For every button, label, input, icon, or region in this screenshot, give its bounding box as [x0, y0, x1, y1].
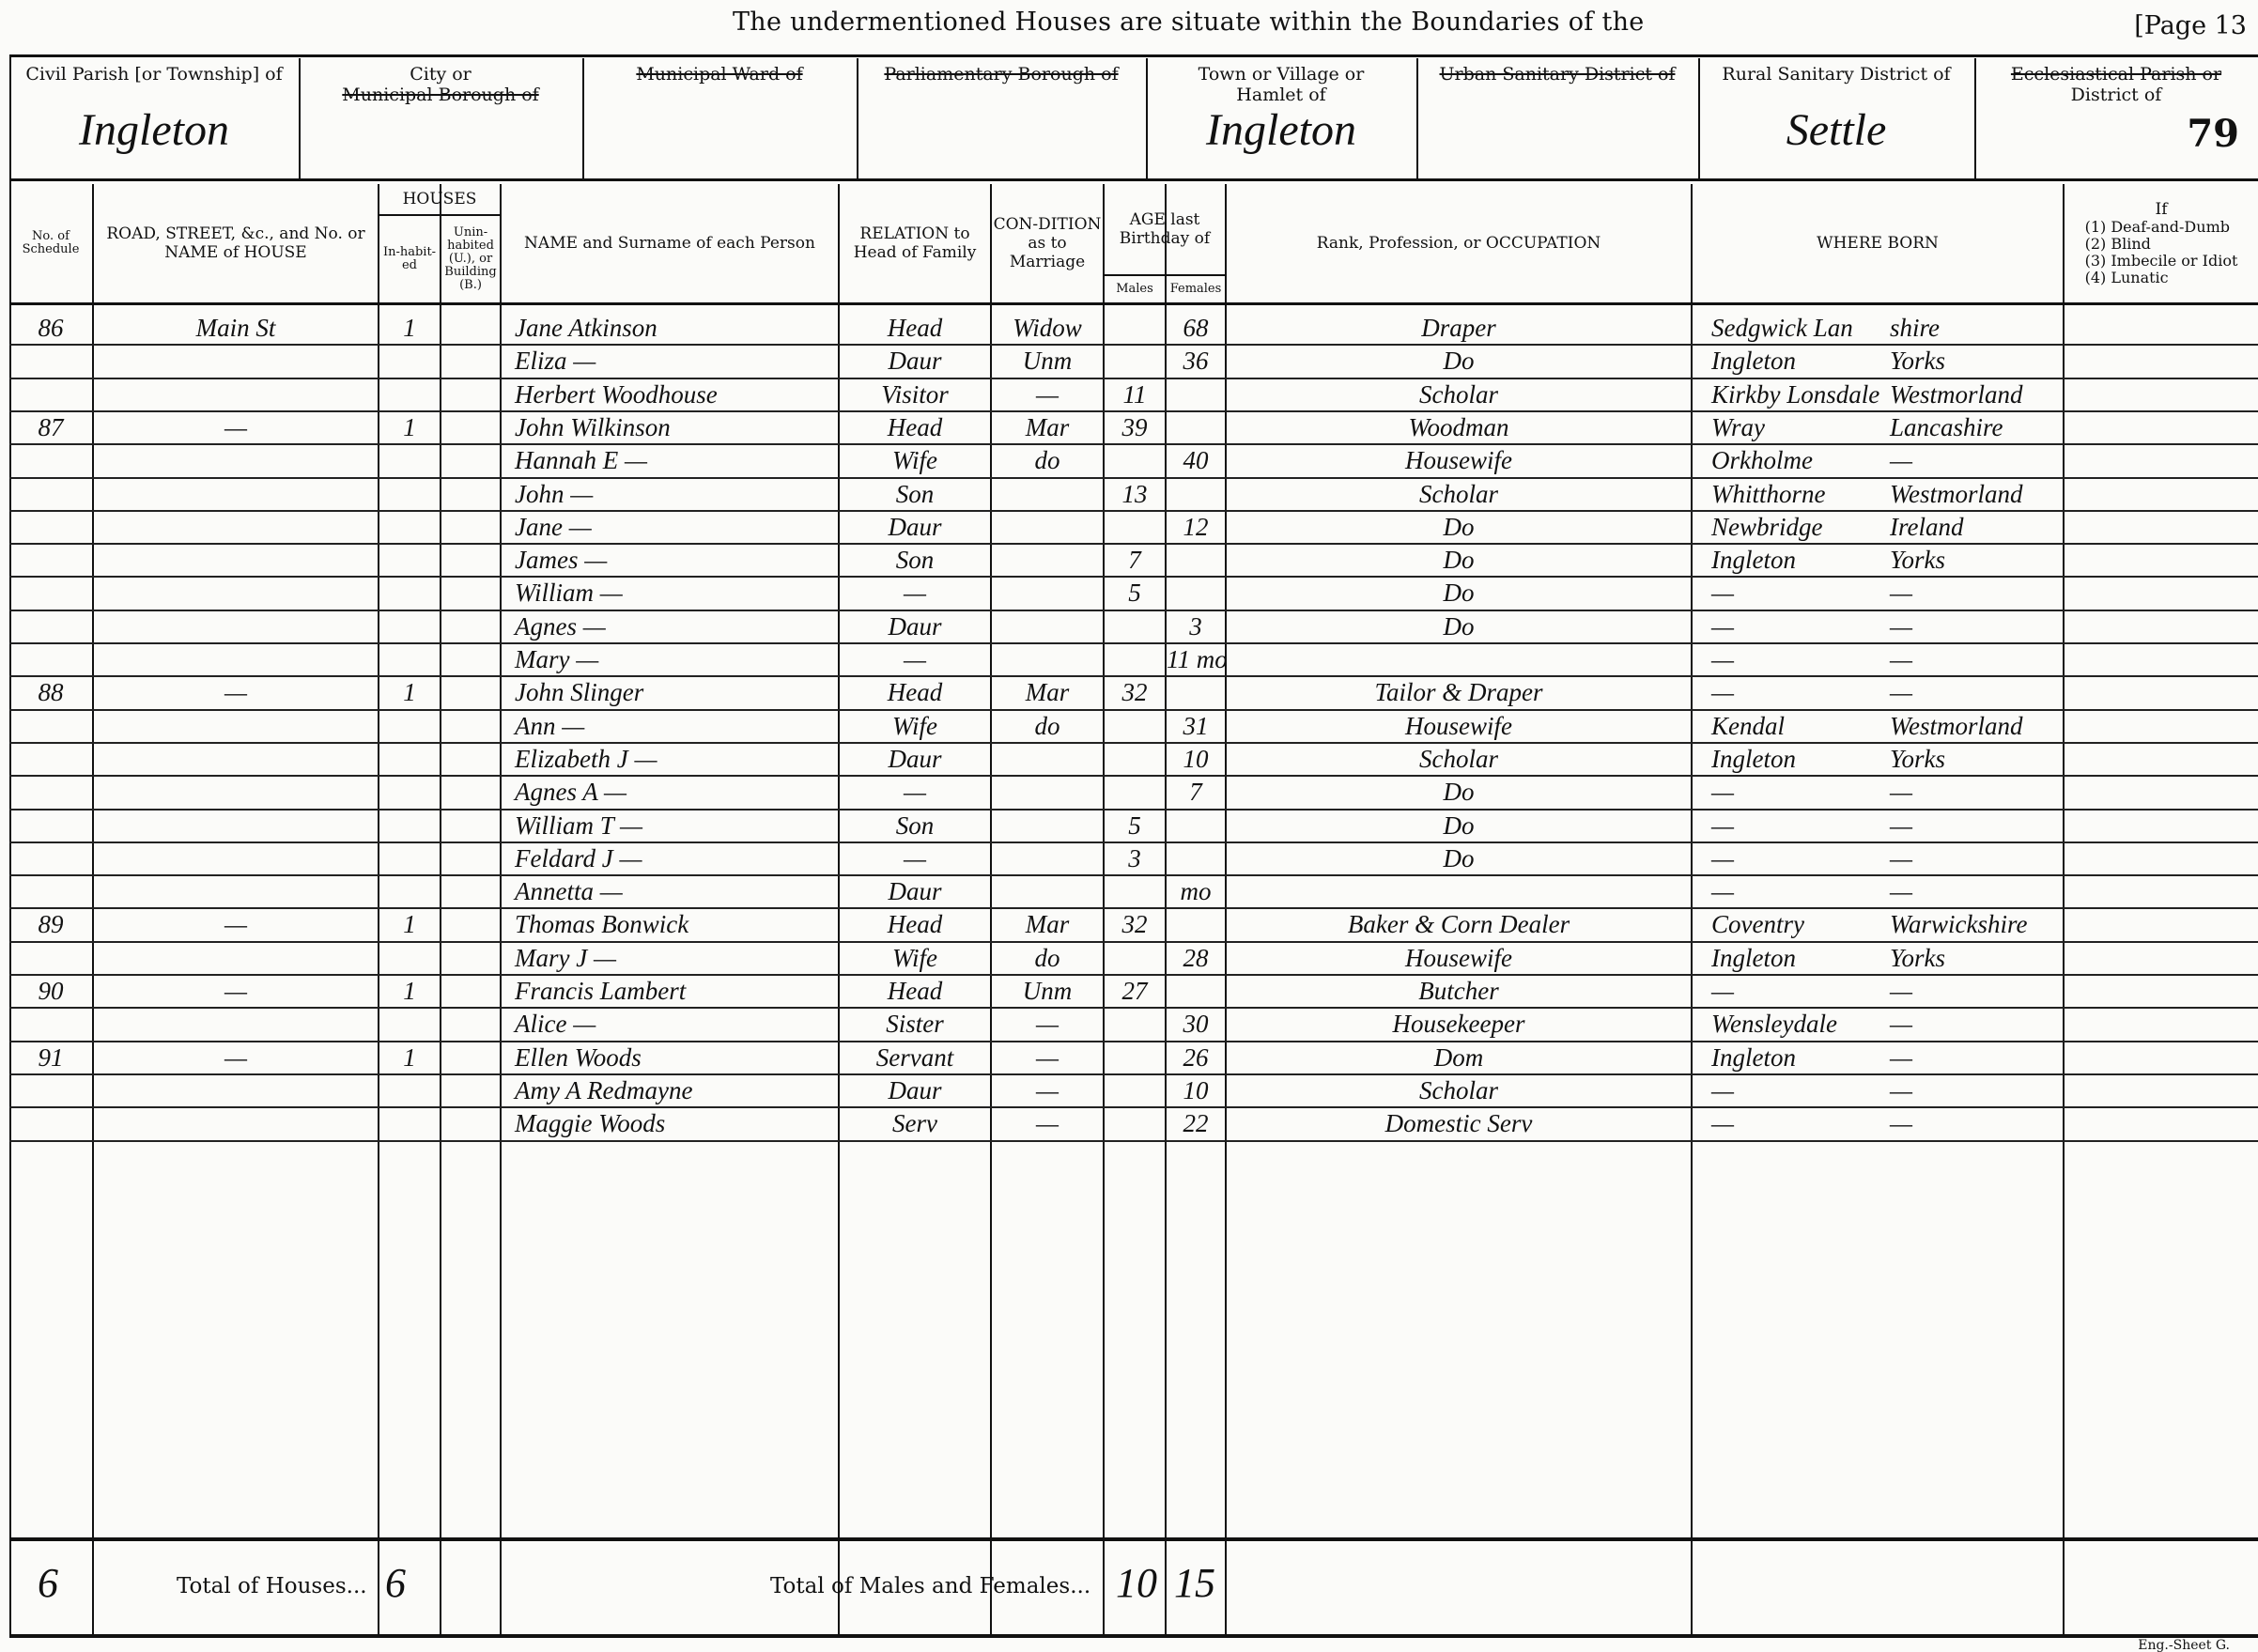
- cell-occupation: [1227, 875, 1691, 908]
- area-label: Ecclesiastical Parish orDistrict of: [1974, 58, 2258, 105]
- cell-relation: Daur: [840, 511, 990, 544]
- cell-name: Hannah E —: [515, 444, 838, 477]
- cell-inhabited: [379, 610, 440, 643]
- cell-male-age: 13: [1105, 478, 1165, 511]
- cell-name: William —: [515, 577, 838, 610]
- cell-road: [94, 610, 378, 643]
- cell-female-age: 40: [1167, 444, 1225, 477]
- cell-name: Eliza —: [515, 345, 838, 378]
- cell-schedule: [9, 1008, 92, 1041]
- cell-male-age: [1105, 345, 1165, 378]
- cell-road: [94, 710, 378, 743]
- cell-road: [94, 577, 378, 610]
- cell-born-county: —: [1890, 1107, 2068, 1140]
- cell-name: Jane Atkinson: [515, 312, 838, 345]
- table-row: Agnes A ——7Do——: [0, 776, 2258, 809]
- cell-condition: Mar: [992, 908, 1103, 941]
- cell-occupation: Scholar: [1227, 1074, 1691, 1107]
- cell-condition: —: [992, 1042, 1103, 1074]
- cell-schedule: [9, 511, 92, 544]
- cell-born-county: —: [1890, 975, 2068, 1008]
- cell-relation: Daur: [840, 610, 990, 643]
- cell-occupation: Butcher: [1227, 975, 1691, 1008]
- cell-male-age: 27: [1105, 975, 1165, 1008]
- cell-condition: [992, 875, 1103, 908]
- area-bottom-rule: [9, 178, 2258, 181]
- cell-inhabited: [379, 1008, 440, 1041]
- cell-uninhabited: [441, 676, 500, 709]
- cell-condition: [992, 577, 1103, 610]
- cell-born-county: Westmorland: [1890, 378, 2068, 411]
- cell-road: Main St: [94, 312, 378, 345]
- cell-female-age: [1167, 544, 1225, 577]
- cell-born-county: —: [1890, 875, 2068, 908]
- cell-schedule: [9, 810, 92, 842]
- cell-uninhabited: [441, 378, 500, 411]
- cell-male-age: [1105, 1074, 1165, 1107]
- cell-condition: [992, 776, 1103, 809]
- cell-male-age: [1105, 743, 1165, 776]
- column-header-name: NAME and Surname of each Person: [502, 184, 838, 302]
- cell-condition: do: [992, 710, 1103, 743]
- column-header-occupation: Rank, Profession, or OCCUPATION: [1227, 184, 1691, 302]
- cell-uninhabited: [441, 411, 500, 444]
- cell-name: Feldard J —: [515, 842, 838, 875]
- cell-uninhabited: [441, 478, 500, 511]
- cell-female-age: mo: [1167, 875, 1225, 908]
- cell-occupation: Scholar: [1227, 478, 1691, 511]
- cell-inhabited: [379, 810, 440, 842]
- total-females-value: 15: [1174, 1559, 1215, 1607]
- cell-condition: [992, 842, 1103, 875]
- cell-name: John Slinger: [515, 676, 838, 709]
- cell-born-county: Lancashire: [1890, 411, 2068, 444]
- page-heading: The undermentioned Houses are situate wi…: [733, 8, 1645, 37]
- cell-schedule: [9, 942, 92, 975]
- cell-road: [94, 345, 378, 378]
- cell-male-age: 5: [1105, 810, 1165, 842]
- cell-condition: [992, 643, 1103, 676]
- cell-female-age: [1167, 478, 1225, 511]
- cell-inhabited: [379, 577, 440, 610]
- cell-relation: Son: [840, 478, 990, 511]
- cell-condition: Mar: [992, 676, 1103, 709]
- cell-inhabited: 1: [379, 676, 440, 709]
- cell-born-county: Yorks: [1890, 942, 2068, 975]
- cell-relation: Servant: [840, 1042, 990, 1074]
- cell-condition: [992, 478, 1103, 511]
- cell-male-age: [1105, 875, 1165, 908]
- table-row: Mary ——11 mo——: [0, 643, 2258, 676]
- cell-born-place: —: [1711, 1074, 1899, 1107]
- cell-occupation: Do: [1227, 345, 1691, 378]
- table-row: Feldard J ——3Do——: [0, 842, 2258, 875]
- table-row: 90—1Francis LambertHeadUnm27Butcher——: [0, 975, 2258, 1008]
- area-value: 79: [1974, 124, 2258, 145]
- cell-born-county: Yorks: [1890, 544, 2068, 577]
- cell-born-county: Westmorland: [1890, 710, 2068, 743]
- cell-occupation: Do: [1227, 610, 1691, 643]
- cell-condition: —: [992, 1074, 1103, 1107]
- cell-relation: Daur: [840, 345, 990, 378]
- cell-born-county: —: [1890, 776, 2068, 809]
- totals-top-rule: [9, 1537, 2258, 1541]
- cell-male-age: [1105, 511, 1165, 544]
- cell-inhabited: [379, 743, 440, 776]
- table-row: 91—1Ellen WoodsServant—26DomIngleton—: [0, 1042, 2258, 1074]
- cell-road: [94, 1074, 378, 1107]
- cell-inhabited: 1: [379, 411, 440, 444]
- area-divider: [582, 58, 584, 178]
- cell-uninhabited: [441, 345, 500, 378]
- cell-born-county: Westmorland: [1890, 478, 2068, 511]
- table-row: 86Main St1Jane AtkinsonHeadWidow68Draper…: [0, 312, 2258, 345]
- cell-born-place: —: [1711, 810, 1899, 842]
- table-row: Annetta —Daurmo——: [0, 875, 2258, 908]
- cell-relation: —: [840, 842, 990, 875]
- cell-occupation: Woodman: [1227, 411, 1691, 444]
- cell-relation: Son: [840, 544, 990, 577]
- cell-uninhabited: [441, 942, 500, 975]
- cell-schedule: [9, 444, 92, 477]
- cell-uninhabited: [441, 710, 500, 743]
- cell-born-place: Wensleydale: [1711, 1008, 1899, 1041]
- cell-female-age: [1167, 908, 1225, 941]
- column-header-where-born: WHERE BORN: [1693, 184, 2063, 302]
- cell-female-age: 10: [1167, 743, 1225, 776]
- cell-born-place: —: [1711, 676, 1899, 709]
- cell-born-county: Yorks: [1890, 743, 2068, 776]
- cell-male-age: [1105, 1107, 1165, 1140]
- infirmity-item: (2) Blind: [2085, 236, 2238, 253]
- cell-relation: Sister: [840, 1008, 990, 1041]
- cell-born-county: —: [1890, 1074, 2068, 1107]
- cell-road: [94, 810, 378, 842]
- cell-name: Mary —: [515, 643, 838, 676]
- area-divider: [1146, 58, 1148, 178]
- cell-name: Mary J —: [515, 942, 838, 975]
- cell-female-age: 30: [1167, 1008, 1225, 1041]
- cell-occupation: Do: [1227, 810, 1691, 842]
- cell-schedule: [9, 875, 92, 908]
- cell-male-age: [1105, 942, 1165, 975]
- area-divider: [1698, 58, 1700, 178]
- cell-occupation: Scholar: [1227, 378, 1691, 411]
- cell-condition: Widow: [992, 312, 1103, 345]
- cell-born-place: Ingleton: [1711, 544, 1899, 577]
- cell-road: [94, 942, 378, 975]
- cell-born-place: Ingleton: [1711, 743, 1899, 776]
- cell-schedule: [9, 1074, 92, 1107]
- cell-road: [94, 643, 378, 676]
- cell-born-place: Sedgwick Lan: [1711, 312, 1899, 345]
- area-label: Town or Village orHamlet of: [1146, 58, 1416, 105]
- cell-uninhabited: [441, 908, 500, 941]
- cell-schedule: 90: [9, 975, 92, 1008]
- cell-male-age: [1105, 710, 1165, 743]
- cell-male-age: [1105, 776, 1165, 809]
- cell-male-age: 11: [1105, 378, 1165, 411]
- cell-born-county: —: [1890, 810, 2068, 842]
- cell-uninhabited: [441, 577, 500, 610]
- cell-relation: Wife: [840, 710, 990, 743]
- area-label: Rural Sanitary District of: [1698, 58, 1974, 85]
- cell-male-age: [1105, 444, 1165, 477]
- infirmity-item: (3) Imbecile or Idiot: [2085, 253, 2238, 270]
- table-row: Ann —Wifedo31HousewifeKendalWestmorland: [0, 710, 2258, 743]
- cell-occupation: Domestic Serv: [1227, 1107, 1691, 1140]
- total-houses-label: Total of Houses...: [177, 1574, 367, 1598]
- cell-relation: Head: [840, 908, 990, 941]
- cell-occupation: Do: [1227, 577, 1691, 610]
- area-divider: [857, 58, 858, 178]
- cell-occupation: Housewife: [1227, 710, 1691, 743]
- cell-uninhabited: [441, 810, 500, 842]
- cell-born-county: —: [1890, 1008, 2068, 1041]
- area-divider: [299, 58, 301, 178]
- cell-occupation: Housewife: [1227, 942, 1691, 975]
- cell-uninhabited: [441, 1042, 500, 1074]
- cell-name: Maggie Woods: [515, 1107, 838, 1140]
- cell-inhabited: [379, 643, 440, 676]
- cell-occupation: Do: [1227, 511, 1691, 544]
- cell-name: Francis Lambert: [515, 975, 838, 1008]
- cell-name: Jane —: [515, 511, 838, 544]
- cell-female-age: 26: [1167, 1042, 1225, 1074]
- cell-schedule: 88: [9, 676, 92, 709]
- cell-inhabited: 1: [379, 1042, 440, 1074]
- cell-born-place: Newbridge: [1711, 511, 1899, 544]
- cell-name: Ellen Woods: [515, 1042, 838, 1074]
- infirmity-item: (4) Lunatic: [2085, 270, 2238, 286]
- cell-name: James —: [515, 544, 838, 577]
- cell-schedule: 91: [9, 1042, 92, 1074]
- cell-relation: Head: [840, 676, 990, 709]
- cell-condition: do: [992, 942, 1103, 975]
- table-row: Agnes —Daur3Do——: [0, 610, 2258, 643]
- cell-born-place: Ingleton: [1711, 345, 1899, 378]
- cell-road: [94, 743, 378, 776]
- table-row: William T —Son5Do——: [0, 810, 2258, 842]
- cell-road: [94, 544, 378, 577]
- cell-relation: Son: [840, 810, 990, 842]
- cell-born-county: —: [1890, 676, 2068, 709]
- area-top-rule: [9, 54, 2258, 57]
- cell-condition: [992, 743, 1103, 776]
- cell-male-age: [1105, 1008, 1165, 1041]
- cell-road: —: [94, 676, 378, 709]
- cell-born-county: —: [1890, 1042, 2068, 1074]
- area-label: Urban Sanitary District of: [1416, 58, 1698, 85]
- cell-relation: Daur: [840, 743, 990, 776]
- column-header-females: Females: [1167, 276, 1225, 302]
- column-header-uninhabited: Unin-habited (U.), or Building (B.): [441, 216, 500, 302]
- cell-male-age: 7: [1105, 544, 1165, 577]
- cell-female-age: 36: [1167, 345, 1225, 378]
- cell-uninhabited: [441, 842, 500, 875]
- cell-name: Alice —: [515, 1008, 838, 1041]
- cell-relation: Visitor: [840, 378, 990, 411]
- cell-condition: [992, 610, 1103, 643]
- cell-road: [94, 875, 378, 908]
- infirmity-title: If: [2155, 200, 2167, 219]
- cell-relation: Serv: [840, 1107, 990, 1140]
- cell-relation: Wife: [840, 942, 990, 975]
- cell-relation: —: [840, 643, 990, 676]
- cell-road: [94, 842, 378, 875]
- cell-born-place: —: [1711, 577, 1899, 610]
- cell-condition: [992, 511, 1103, 544]
- area-cell-5: Urban Sanitary District of: [1416, 58, 1698, 178]
- page-number: [Page 13: [2134, 11, 2247, 40]
- cell-born-county: —: [1890, 643, 2068, 676]
- cell-occupation: Baker & Corn Dealer: [1227, 908, 1691, 941]
- area-cell-1: City orMunicipal Borough of: [299, 58, 582, 178]
- cell-female-age: 12: [1167, 511, 1225, 544]
- cell-schedule: [9, 544, 92, 577]
- column-header-schedule: No. of Schedule: [9, 184, 92, 302]
- table-row: Mary J —Wifedo28HousewifeIngletonYorks: [0, 942, 2258, 975]
- cell-born-place: Kirkby Lonsdale: [1711, 378, 1899, 411]
- cell-inhabited: [379, 942, 440, 975]
- cell-uninhabited: [441, 1107, 500, 1140]
- cell-female-age: 22: [1167, 1107, 1225, 1140]
- cell-uninhabited: [441, 544, 500, 577]
- cell-road: [94, 776, 378, 809]
- cell-inhabited: [379, 444, 440, 477]
- cell-schedule: 87: [9, 411, 92, 444]
- cell-uninhabited: [441, 444, 500, 477]
- cell-condition: —: [992, 378, 1103, 411]
- cell-inhabited: [379, 378, 440, 411]
- cell-schedule: [9, 345, 92, 378]
- cell-road: —: [94, 1042, 378, 1074]
- cell-born-place: —: [1711, 643, 1899, 676]
- cell-schedule: [9, 610, 92, 643]
- table-row: John —Son13ScholarWhitthorneWestmorland: [0, 478, 2258, 511]
- cell-born-county: Yorks: [1890, 345, 2068, 378]
- cell-name: Ann —: [515, 710, 838, 743]
- cell-female-age: 68: [1167, 312, 1225, 345]
- cell-occupation: Do: [1227, 842, 1691, 875]
- cell-name: Agnes A —: [515, 776, 838, 809]
- table-row: Jane —Daur12DoNewbridgeIreland: [0, 511, 2258, 544]
- table-row: 89—1Thomas BonwickHeadMar32Baker & Corn …: [0, 908, 2258, 941]
- cell-occupation: Do: [1227, 544, 1691, 577]
- cell-female-age: [1167, 676, 1225, 709]
- cell-uninhabited: [441, 875, 500, 908]
- cell-female-age: 3: [1167, 610, 1225, 643]
- census-page: The undermentioned Houses are situate wi…: [0, 0, 2258, 1652]
- cell-road: [94, 378, 378, 411]
- cell-female-age: 31: [1167, 710, 1225, 743]
- cell-occupation: Tailor & Draper: [1227, 676, 1691, 709]
- total-schedules-value: 6: [38, 1559, 58, 1607]
- column-header-infirmity: If(1) Deaf-and-Dumb(2) Blind(3) Imbecile…: [2065, 184, 2258, 302]
- cell-schedule: 89: [9, 908, 92, 941]
- table-row: Herbert WoodhouseVisitor—11ScholarKirkby…: [0, 378, 2258, 411]
- cell-female-age: 7: [1167, 776, 1225, 809]
- column-header-road: ROAD, STREET, &c., and No. or NAME of HO…: [94, 184, 378, 302]
- cell-name: John —: [515, 478, 838, 511]
- table-row: 87—1John WilkinsonHeadMar39WoodmanWrayLa…: [0, 411, 2258, 444]
- cell-born-county: —: [1890, 842, 2068, 875]
- footer-note: Eng.-Sheet G.: [2138, 1638, 2230, 1652]
- area-cell-0: Civil Parish [or Township] ofIngleton: [9, 58, 299, 178]
- cell-condition: [992, 810, 1103, 842]
- cell-male-age: [1105, 610, 1165, 643]
- cell-road: [94, 478, 378, 511]
- cell-name: Agnes —: [515, 610, 838, 643]
- area-divider: [1974, 58, 1976, 178]
- cell-schedule: [9, 643, 92, 676]
- cell-uninhabited: [441, 1074, 500, 1107]
- cell-condition: —: [992, 1107, 1103, 1140]
- column-header-males: Males: [1105, 276, 1165, 302]
- cell-name: Herbert Woodhouse: [515, 378, 838, 411]
- cell-uninhabited: [441, 1008, 500, 1041]
- cell-born-county: —: [1890, 444, 2068, 477]
- area-value: Ingleton: [9, 120, 299, 141]
- row-rule: [9, 1140, 2258, 1142]
- cell-relation: Head: [840, 312, 990, 345]
- cell-relation: Head: [840, 411, 990, 444]
- cell-inhabited: [379, 1107, 440, 1140]
- cell-name: Elizabeth J —: [515, 743, 838, 776]
- cell-name: Thomas Bonwick: [515, 908, 838, 941]
- cell-schedule: 86: [9, 312, 92, 345]
- cell-schedule: [9, 842, 92, 875]
- cell-male-age: 32: [1105, 676, 1165, 709]
- table-row: Hannah E —Wifedo40HousewifeOrkholme—: [0, 444, 2258, 477]
- cell-female-age: 28: [1167, 942, 1225, 975]
- table-row: James —Son7DoIngletonYorks: [0, 544, 2258, 577]
- cell-uninhabited: [441, 610, 500, 643]
- cell-uninhabited: [441, 511, 500, 544]
- cell-inhabited: [379, 776, 440, 809]
- cell-condition: do: [992, 444, 1103, 477]
- cell-name: Annetta —: [515, 875, 838, 908]
- cell-inhabited: [379, 710, 440, 743]
- cell-female-age: [1167, 577, 1225, 610]
- cell-inhabited: [379, 544, 440, 577]
- table-row: Alice —Sister—30HousekeeperWensleydale—: [0, 1008, 2258, 1041]
- area-value: Settle: [1698, 120, 1974, 141]
- cell-occupation: Housewife: [1227, 444, 1691, 477]
- cell-relation: Head: [840, 975, 990, 1008]
- cell-condition: Unm: [992, 345, 1103, 378]
- cell-born-county: Ireland: [1890, 511, 2068, 544]
- cell-born-place: Ingleton: [1711, 942, 1899, 975]
- cell-road: [94, 511, 378, 544]
- table-row: William ——5Do——: [0, 577, 2258, 610]
- cell-road: [94, 1008, 378, 1041]
- cell-born-county: —: [1890, 577, 2068, 610]
- cell-inhabited: [379, 345, 440, 378]
- cell-occupation: Dom: [1227, 1042, 1691, 1074]
- cell-road: [94, 1107, 378, 1140]
- area-cell-2: Municipal Ward of: [582, 58, 857, 178]
- cell-relation: Daur: [840, 875, 990, 908]
- cell-schedule: [9, 478, 92, 511]
- area-value: Ingleton: [1146, 120, 1416, 141]
- cell-schedule: [9, 378, 92, 411]
- cell-born-place: Wray: [1711, 411, 1899, 444]
- cell-inhabited: [379, 511, 440, 544]
- cell-inhabited: [379, 842, 440, 875]
- table-row: Amy A RedmayneDaur—10Scholar——: [0, 1074, 2258, 1107]
- cell-male-age: 32: [1105, 908, 1165, 941]
